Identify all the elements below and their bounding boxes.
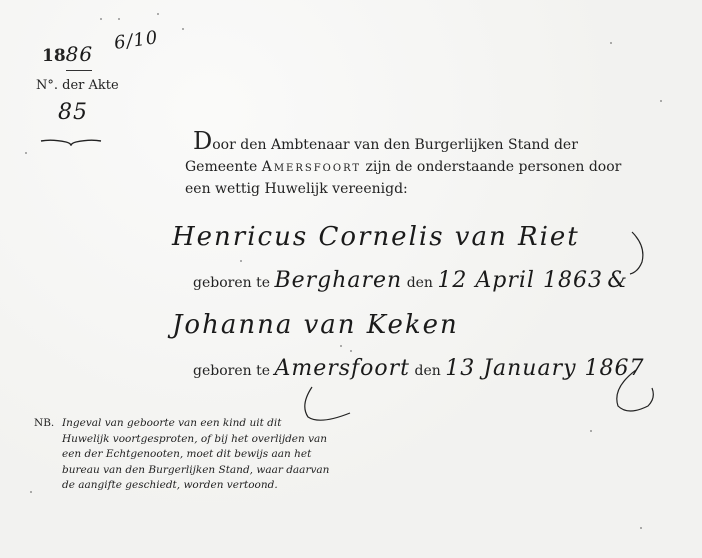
groom-birthdate: 12 April 1863 [437, 268, 603, 293]
marriage-certificate-page: 1886 6/10 N°. der Akte 85 Door den Ambte… [0, 0, 702, 558]
paper-speck [100, 18, 102, 20]
year-field: 1886 [42, 42, 93, 66]
bride-birth-line: geboren te Amersfoort den 13 January 186… [193, 356, 645, 381]
brace-divider-icon [40, 138, 102, 146]
year-underline [66, 70, 92, 71]
intro-line-2: Gemeente Amersfoort zijn de onderstaande… [185, 156, 621, 178]
intro-dropcap: D [193, 127, 212, 155]
year-printed: 18 [42, 46, 66, 66]
groom-birthplace: Bergharen [274, 268, 402, 293]
conjunction-and: & [607, 268, 628, 293]
groom-born-label: geboren te [193, 275, 270, 291]
paper-speck [640, 527, 642, 529]
paper-speck [590, 430, 592, 432]
municipality-name: Amersfoort [262, 159, 361, 175]
groom-den-label: den [407, 275, 433, 291]
intro-line-1: Door den Ambtenaar van den Burgerlijken … [193, 130, 621, 156]
intro-line-3-text: een wettig Huwelijk vereenigd: [185, 181, 408, 197]
year-handwritten: 86 [66, 42, 93, 66]
intro-line-3: een wettig Huwelijk vereenigd: [185, 178, 621, 200]
paper-speck [25, 152, 27, 154]
date-handwritten: 6/10 [113, 27, 160, 54]
akte-label: N°. der Akte [36, 78, 119, 93]
name-flourish-icon [628, 228, 658, 278]
paper-speck [182, 28, 184, 30]
groom-name: Henricus Cornelis van Riet [172, 222, 580, 252]
nb-text: Ingeval van geboorte van een kind uit di… [62, 416, 332, 494]
paper-speck [157, 13, 159, 15]
loop-flourish-icon [608, 368, 658, 418]
paper-speck [118, 18, 120, 20]
paper-speck [240, 260, 242, 262]
intro-line-1-text: oor den Ambtenaar van den Burgerlijken S… [212, 137, 578, 153]
akte-number: 85 [58, 100, 88, 125]
paper-speck [610, 42, 612, 44]
nb-label: NB. [34, 416, 54, 432]
intro-paragraph: Door den Ambtenaar van den Burgerlijken … [193, 130, 621, 200]
paper-speck [350, 350, 352, 352]
paper-speck [340, 345, 342, 347]
bride-born-label: geboren te [193, 363, 270, 379]
intro-gemeente-label: Gemeente [185, 159, 257, 175]
bride-name: Johanna van Keken [172, 310, 459, 340]
bride-den-label: den [414, 363, 440, 379]
paper-speck [30, 491, 32, 493]
bride-birthplace: Amersfoort [274, 356, 410, 381]
paper-speck [660, 100, 662, 102]
groom-birth-line: geboren te Bergharen den 12 April 1863 & [193, 268, 628, 293]
intro-line-2-text: zijn de onderstaande personen door [366, 159, 622, 175]
